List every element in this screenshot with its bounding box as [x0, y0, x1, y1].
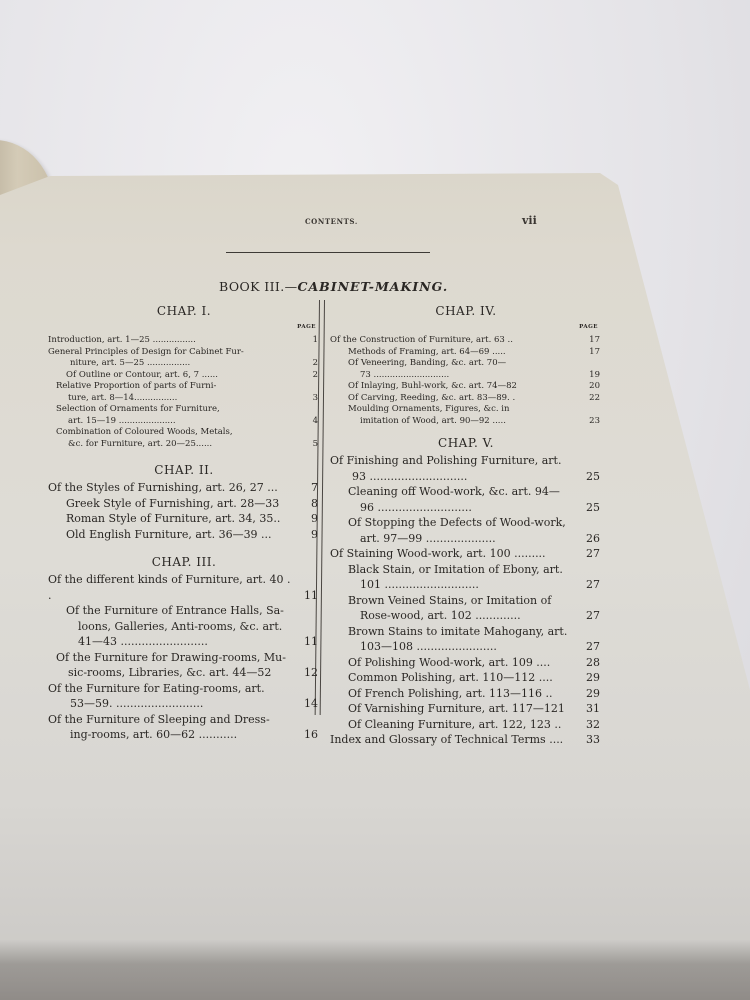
toc-entry-page: 7	[296, 480, 320, 496]
toc-entry-line: Of the Furniture for Eating-rooms, art.	[48, 681, 296, 697]
chapter-section: CHAP. V.Of Finishing and Polishing Furni…	[330, 437, 602, 748]
chapter-entries: Of the Construction of Furniture, art. 6…	[330, 335, 602, 427]
toc-entry-title: Of French Polishing, art. 113—116 ..	[330, 686, 578, 702]
toc-entry-title: Methods of Framing, art. 64—69 .....	[330, 347, 578, 359]
toc-entry-line: Greek Style of Furnishing, art. 28—33	[48, 496, 296, 512]
toc-entry[interactable]: Of the Styles of Furnishing, art. 26, 27…	[48, 480, 320, 496]
contents-right-column: CHAP. IV.PAGEOf the Construction of Furn…	[330, 305, 602, 748]
toc-entry[interactable]: Of Stopping the Defects of Wood-work,art…	[330, 515, 602, 546]
toc-entry[interactable]: Of the Construction of Furniture, art. 6…	[330, 335, 602, 347]
toc-entry-page: 17	[578, 347, 602, 359]
toc-entry-line: loons, Galleries, Anti-rooms, &c. art.	[48, 619, 296, 635]
toc-entry-line: Of the different kinds of Furniture, art…	[48, 572, 296, 603]
chapter-section: CHAP. III.Of the different kinds of Furn…	[48, 556, 320, 743]
toc-entry-line: sic-rooms, Libraries, &c. art. 44—52	[48, 665, 296, 681]
toc-entry-line: Selection of Ornaments for Furniture,	[48, 404, 296, 416]
toc-entry-page: 8	[296, 496, 320, 512]
chapter-entries: Introduction, art. 1—25 ................…	[48, 335, 320, 450]
toc-entry-page: 2	[296, 370, 320, 382]
toc-entry-line: Of Carving, Reeding, &c. art. 83—89. .	[330, 393, 578, 405]
toc-entry-line: Of Finishing and Polishing Furniture, ar…	[330, 453, 578, 469]
toc-entry-line: Brown Veined Stains, or Imitation of	[330, 593, 578, 609]
toc-entry-line: ture, art. 8—14................	[48, 393, 296, 405]
toc-entry-line: Cleaning off Wood-work, &c. art. 94—	[330, 484, 578, 500]
toc-entry-line: Black Stain, or Imitation of Ebony, art.	[330, 562, 578, 578]
toc-entry-page: 20	[578, 381, 602, 393]
toc-entry-line: Of Varnishing Furniture, art. 117—121	[330, 701, 578, 717]
contents-left-column: CHAP. I.PAGEIntroduction, art. 1—25 ....…	[48, 305, 320, 743]
toc-entry-page: 25	[578, 500, 602, 516]
toc-entry-line: art. 97—99 ....................	[330, 531, 578, 547]
chapter-entries: Of the Styles of Furnishing, art. 26, 27…	[48, 480, 320, 542]
toc-entry-page: 29	[578, 670, 602, 686]
toc-entry-title: Introduction, art. 1—25 ................	[48, 335, 296, 347]
toc-entry-title: Of the Styles of Furnishing, art. 26, 27…	[48, 480, 296, 496]
toc-entry-title: Of the Furniture for Eating-rooms, art.5…	[48, 681, 296, 712]
page-number: vii	[522, 214, 537, 227]
toc-entry-page: 14	[296, 696, 320, 712]
toc-entry[interactable]: Selection of Ornaments for Furniture,art…	[48, 404, 320, 427]
toc-entry-line: Of the Styles of Furnishing, art. 26, 27…	[48, 480, 296, 496]
toc-entry[interactable]: Of Polishing Wood-work, art. 109 ....28	[330, 655, 602, 671]
book-heading-title: CABINET-MAKING.	[298, 279, 449, 294]
toc-entry-line: 93 ............................	[330, 469, 578, 485]
toc-entry-title: Cleaning off Wood-work, &c. art. 94—96 .…	[330, 484, 578, 515]
toc-entry-line: Of Outline or Contour, art. 6, 7 ......	[48, 370, 296, 382]
toc-entry-line: General Principles of Design for Cabinet…	[48, 347, 296, 359]
toc-entry[interactable]: Of Carving, Reeding, &c. art. 83—89. .22	[330, 393, 602, 405]
toc-entry-line: Roman Style of Furniture, art. 34, 35..	[48, 511, 296, 527]
toc-entry-title: Of Staining Wood-work, art. 100 ........…	[330, 546, 578, 562]
toc-entry-page: 27	[578, 577, 602, 593]
toc-entry-line: art. 15—19 .....................	[48, 416, 296, 428]
toc-entry-title: Old English Furniture, art. 36—39 ...	[48, 527, 296, 543]
toc-entry-line: Of Veneering, Banding, &c. art. 70—	[330, 358, 578, 370]
toc-entry-line: Common Polishing, art. 110—112 ....	[330, 670, 578, 686]
toc-entry[interactable]: Combination of Coloured Woods, Metals,&c…	[48, 427, 320, 450]
chapter-section: CHAP. I.PAGEIntroduction, art. 1—25 ....…	[48, 305, 320, 450]
toc-entry-title: Of Varnishing Furniture, art. 117—121	[330, 701, 578, 717]
toc-entry-title: Brown Stains to imitate Mahogany, art.10…	[330, 624, 578, 655]
toc-entry-line: Brown Stains to imitate Mahogany, art.	[330, 624, 578, 640]
toc-entry[interactable]: Of Inlaying, Buhl-work, &c. art. 74—8220	[330, 381, 602, 393]
toc-entry[interactable]: Of Varnishing Furniture, art. 117—12131	[330, 701, 602, 717]
toc-entry[interactable]: Brown Stains to imitate Mahogany, art.10…	[330, 624, 602, 655]
toc-entry-line: Old English Furniture, art. 36—39 ...	[48, 527, 296, 543]
toc-entry-title: Of the Construction of Furniture, art. 6…	[330, 335, 578, 347]
toc-entry-line: Of Cleaning Furniture, art. 122, 123 ..	[330, 717, 578, 733]
toc-entry-line: Of the Furniture for Drawing-rooms, Mu-	[48, 650, 296, 666]
toc-entry[interactable]: Brown Veined Stains, or Imitation ofRose…	[330, 593, 602, 624]
toc-entry-line: niture, art. 5—25 ................	[48, 358, 296, 370]
toc-entry-page: 22	[578, 393, 602, 405]
toc-entry-line: Relative Proportion of parts of Furni-	[48, 381, 296, 393]
toc-entry-line: Index and Glossary of Technical Terms ..…	[330, 732, 578, 748]
toc-entry-page: 27	[578, 608, 602, 624]
toc-entry[interactable]: General Principles of Design for Cabinet…	[48, 347, 320, 370]
toc-entry-page: 11	[296, 634, 320, 650]
toc-entry-page: 19	[578, 370, 602, 382]
toc-entry-page: 29	[578, 686, 602, 702]
toc-entry[interactable]: Index and Glossary of Technical Terms ..…	[330, 732, 602, 748]
toc-entry-title: Common Polishing, art. 110—112 ....	[330, 670, 578, 686]
toc-entry[interactable]: Of the different kinds of Furniture, art…	[48, 572, 320, 603]
toc-entry-title: Of the Furniture of Entrance Halls, Sa-l…	[48, 603, 296, 650]
chapter-heading: CHAP. II.	[48, 464, 320, 477]
toc-entry-line: Of Inlaying, Buhl-work, &c. art. 74—82	[330, 381, 578, 393]
toc-entry-page: 33	[578, 732, 602, 748]
toc-entry-line: Methods of Framing, art. 64—69 .....	[330, 347, 578, 359]
toc-entry-line: &c. for Furniture, art. 20—25......	[48, 439, 296, 451]
toc-entry-page: 3	[296, 393, 320, 405]
toc-entry-page: 9	[296, 511, 320, 527]
toc-entry[interactable]: Greek Style of Furnishing, art. 28—338	[48, 496, 320, 512]
chapter-entries: Of the different kinds of Furniture, art…	[48, 572, 320, 743]
toc-entry-title: Black Stain, or Imitation of Ebony, art.…	[330, 562, 578, 593]
toc-entry-title: Roman Style of Furniture, art. 34, 35..	[48, 511, 296, 527]
toc-entry[interactable]: Of Outline or Contour, art. 6, 7 ......2	[48, 370, 320, 382]
toc-entry-line: Introduction, art. 1—25 ................	[48, 335, 296, 347]
toc-entry-page: 25	[578, 469, 602, 485]
toc-entry-page: 2	[296, 358, 320, 370]
toc-entry-title: Relative Proportion of parts of Furni-tu…	[48, 381, 296, 404]
toc-entry-page: 11	[296, 588, 320, 604]
toc-entry-line: 101 ...........................	[330, 577, 578, 593]
toc-entry-title: Of Outline or Contour, art. 6, 7 ......	[48, 370, 296, 382]
toc-entry[interactable]: Moulding Ornaments, Figures, &c. inimita…	[330, 404, 602, 427]
toc-entry[interactable]: Old English Furniture, art. 36—39 ...9	[48, 527, 320, 543]
toc-entry-line: imitation of Wood, art. 90—92 .....	[330, 416, 578, 428]
toc-entry-page: 4	[296, 416, 320, 428]
toc-entry[interactable]: Of the Furniture for Drawing-rooms, Mu-s…	[48, 650, 320, 681]
toc-entry[interactable]: Roman Style of Furniture, art. 34, 35..9	[48, 511, 320, 527]
toc-entry-page: 1	[296, 335, 320, 347]
toc-entry-title: Of the Furniture of Sleeping and Dress-i…	[48, 712, 296, 743]
toc-entry-page: 17	[578, 335, 602, 347]
toc-entry[interactable]: Of Cleaning Furniture, art. 122, 123 ..3…	[330, 717, 602, 733]
running-head-title: CONTENTS.	[305, 217, 358, 226]
toc-entry-title: Of Inlaying, Buhl-work, &c. art. 74—82	[330, 381, 578, 393]
toc-entry-title: Of the Furniture for Drawing-rooms, Mu-s…	[48, 650, 296, 681]
page-column-label: PAGE	[48, 321, 320, 334]
toc-entry-page: 5	[296, 439, 320, 451]
toc-entry-line: Of Stopping the Defects of Wood-work,	[330, 515, 578, 531]
toc-entry-page: 12	[296, 665, 320, 681]
toc-entry-page: 28	[578, 655, 602, 671]
chapter-entries: Of Finishing and Polishing Furniture, ar…	[330, 453, 602, 748]
toc-entry-page: 27	[578, 639, 602, 655]
toc-entry[interactable]: Of French Polishing, art. 113—116 ..29	[330, 686, 602, 702]
toc-entry-page: 32	[578, 717, 602, 733]
toc-entry-line: Of French Polishing, art. 113—116 ..	[330, 686, 578, 702]
toc-entry-title: Of Cleaning Furniture, art. 122, 123 ..	[330, 717, 578, 733]
toc-entry-line: Of the Furniture of Sleeping and Dress-	[48, 712, 296, 728]
header-rule	[226, 252, 430, 253]
toc-entry[interactable]: Black Stain, or Imitation of Ebony, art.…	[330, 562, 602, 593]
toc-entry-line: Of Staining Wood-work, art. 100 ........…	[330, 546, 578, 562]
toc-entry-line: Of Polishing Wood-work, art. 109 ....	[330, 655, 578, 671]
toc-entry[interactable]: Of Veneering, Banding, &c. art. 70—73 ..…	[330, 358, 602, 381]
toc-entry[interactable]: Of the Furniture of Sleeping and Dress-i…	[48, 712, 320, 743]
toc-entry[interactable]: Of Finishing and Polishing Furniture, ar…	[330, 453, 602, 484]
chapter-section: CHAP. II.Of the Styles of Furnishing, ar…	[48, 464, 320, 542]
toc-entry-title: General Principles of Design for Cabinet…	[48, 347, 296, 370]
chapter-heading: CHAP. III.	[48, 556, 320, 569]
toc-entry-line: Combination of Coloured Woods, Metals,	[48, 427, 296, 439]
bottom-shadow	[0, 940, 750, 1000]
chapter-section: CHAP. IV.PAGEOf the Construction of Furn…	[330, 305, 602, 427]
toc-entry-title: Brown Veined Stains, or Imitation ofRose…	[330, 593, 578, 624]
toc-entry[interactable]: Of the Furniture of Entrance Halls, Sa-l…	[48, 603, 320, 650]
page-column-label: PAGE	[330, 321, 602, 334]
toc-entry-page: 31	[578, 701, 602, 717]
toc-entry-page: 23	[578, 416, 602, 428]
toc-entry[interactable]: Introduction, art. 1—25 ................…	[48, 335, 320, 347]
toc-entry-line: 53—59. .........................	[48, 696, 296, 712]
toc-entry-title: Combination of Coloured Woods, Metals,&c…	[48, 427, 296, 450]
chapter-heading: CHAP. IV.	[330, 305, 602, 318]
toc-entry-title: Of the different kinds of Furniture, art…	[48, 572, 296, 603]
toc-entry-page: 16	[296, 727, 320, 743]
toc-entry[interactable]: Relative Proportion of parts of Furni-tu…	[48, 381, 320, 404]
toc-entry-line: Of the Construction of Furniture, art. 6…	[330, 335, 578, 347]
toc-entry-title: Index and Glossary of Technical Terms ..…	[330, 732, 578, 748]
toc-entry[interactable]: Methods of Framing, art. 64—69 .....17	[330, 347, 602, 359]
chapter-heading: CHAP. V.	[330, 437, 602, 450]
toc-entry-title: Of Stopping the Defects of Wood-work,art…	[330, 515, 578, 546]
toc-entry[interactable]: Common Polishing, art. 110—112 ....29	[330, 670, 602, 686]
toc-entry-title: Greek Style of Furnishing, art. 28—33	[48, 496, 296, 512]
toc-entry-title: Moulding Ornaments, Figures, &c. inimita…	[330, 404, 578, 427]
toc-entry-title: Selection of Ornaments for Furniture,art…	[48, 404, 296, 427]
toc-entry[interactable]: Of Staining Wood-work, art. 100 ........…	[330, 546, 602, 562]
chapter-heading: CHAP. I.	[48, 305, 320, 318]
toc-entry-page: 9	[296, 527, 320, 543]
toc-entry-page: 26	[578, 531, 602, 547]
toc-entry-title: Of Finishing and Polishing Furniture, ar…	[330, 453, 578, 484]
toc-entry-line: Rose-wood, art. 102 .............	[330, 608, 578, 624]
toc-entry-line: 96 ...........................	[330, 500, 578, 516]
book-heading-prefix: BOOK III.—	[219, 279, 298, 294]
toc-entry-line: Of the Furniture of Entrance Halls, Sa-	[48, 603, 296, 619]
toc-entry-title: Of Veneering, Banding, &c. art. 70—73 ..…	[330, 358, 578, 381]
toc-entry-line: Moulding Ornaments, Figures, &c. in	[330, 404, 578, 416]
toc-entry-title: Of Carving, Reeding, &c. art. 83—89. .	[330, 393, 578, 405]
toc-entry-title: Of Polishing Wood-work, art. 109 ....	[330, 655, 578, 671]
book-heading: BOOK III.—CABINET-MAKING.	[219, 279, 448, 294]
toc-entry[interactable]: Cleaning off Wood-work, &c. art. 94—96 .…	[330, 484, 602, 515]
toc-entry-page: 27	[578, 546, 602, 562]
toc-entry[interactable]: Of the Furniture for Eating-rooms, art.5…	[48, 681, 320, 712]
toc-entry-line: 73 ............................	[330, 370, 578, 382]
toc-entry-line: 103—108 .......................	[330, 639, 578, 655]
toc-entry-line: ing-rooms, art. 60—62 ...........	[48, 727, 296, 743]
toc-entry-line: 41—43 .........................	[48, 634, 296, 650]
